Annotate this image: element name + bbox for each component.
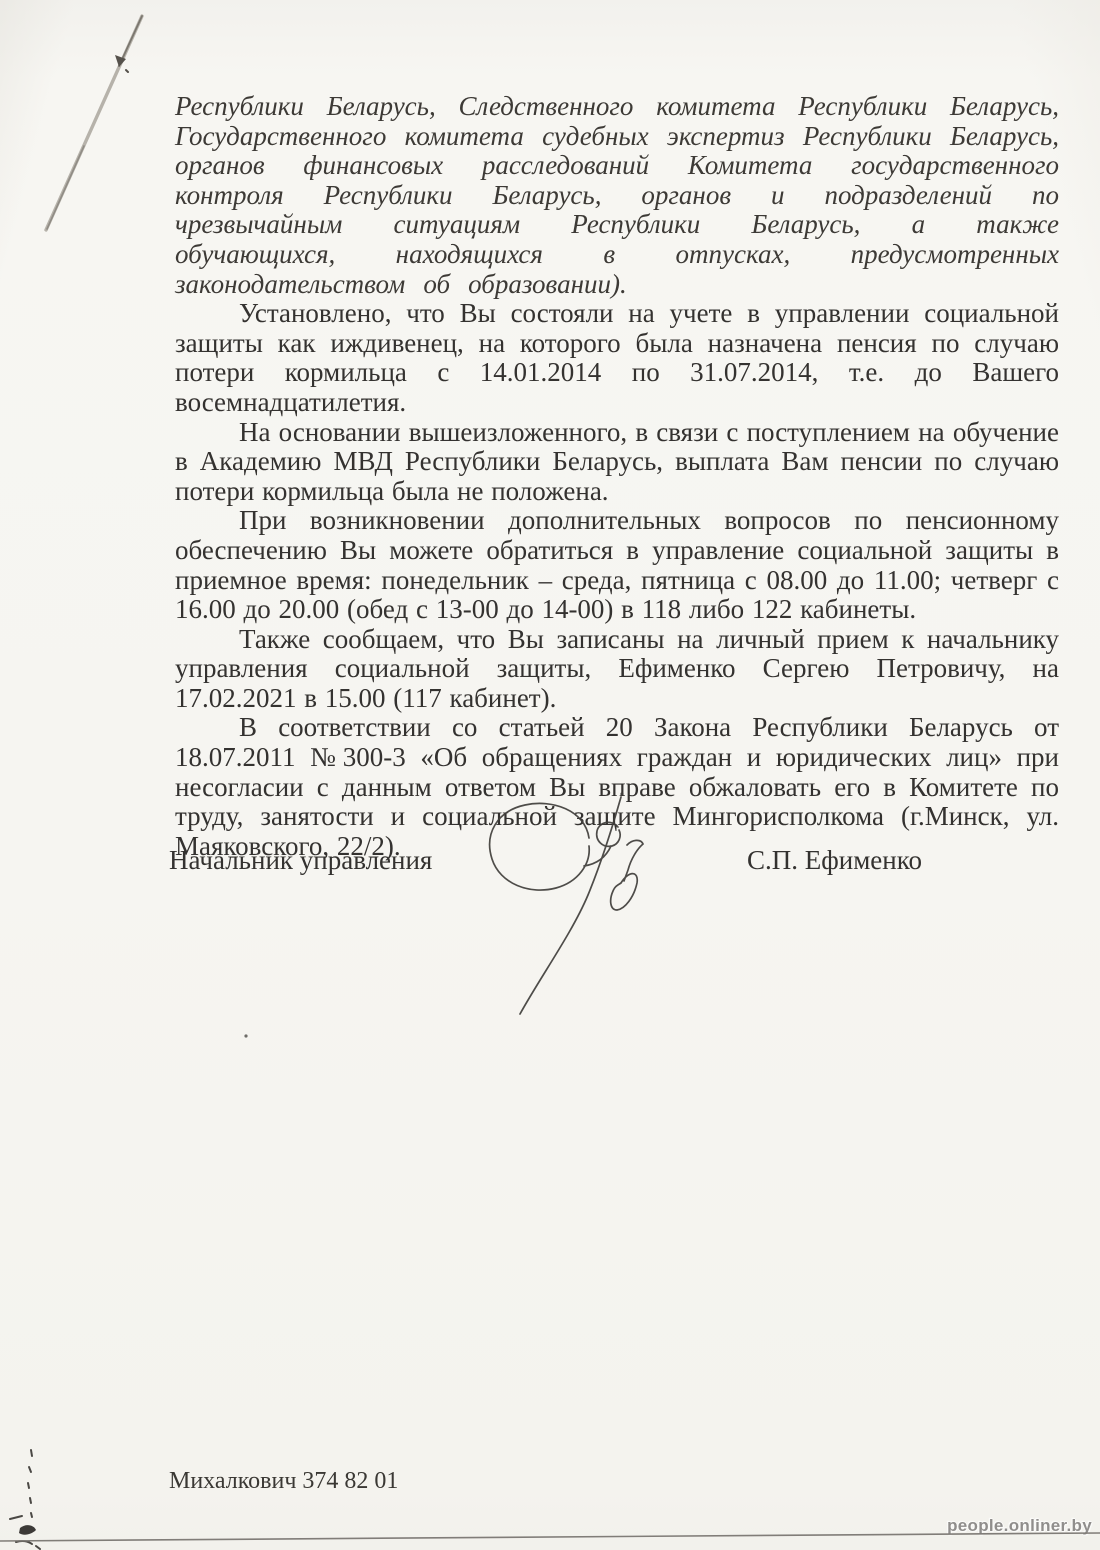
letter-paragraph: Также сообщаем, что Вы записаны на личны… bbox=[175, 625, 1059, 714]
watermark: people.onliner.by bbox=[947, 1516, 1092, 1536]
scratch-mark-artifact bbox=[46, 16, 142, 230]
letter-paragraph: На основании вышеизложенного, в связи с … bbox=[175, 418, 1059, 507]
letter-paragraph: Установлено, что Вы состояли на учете в … bbox=[175, 299, 1059, 417]
page-edge-line bbox=[0, 1533, 1100, 1541]
letter-paragraph: При возникновении дополнительных вопросо… bbox=[175, 506, 1059, 624]
executor-contact-note: Михалкович 374 82 01 bbox=[169, 1468, 398, 1495]
letter-paragraph: В соответствии со статьей 20 Закона Респ… bbox=[175, 713, 1059, 861]
letter-paragraph-continuation: Республики Беларусь, Следственного комит… bbox=[175, 92, 1059, 299]
scanned-letter-page: Республики Беларусь, Следственного комит… bbox=[0, 0, 1100, 1550]
signer-name: С.П. Ефименко bbox=[747, 845, 922, 875]
signer-position-title: Начальник управления bbox=[169, 845, 432, 875]
ink-marks-artifact bbox=[10, 1450, 40, 1549]
ink-speck-artifact bbox=[244, 1034, 247, 1037]
letter-body: Республики Беларусь, Следственного комит… bbox=[175, 92, 1059, 861]
